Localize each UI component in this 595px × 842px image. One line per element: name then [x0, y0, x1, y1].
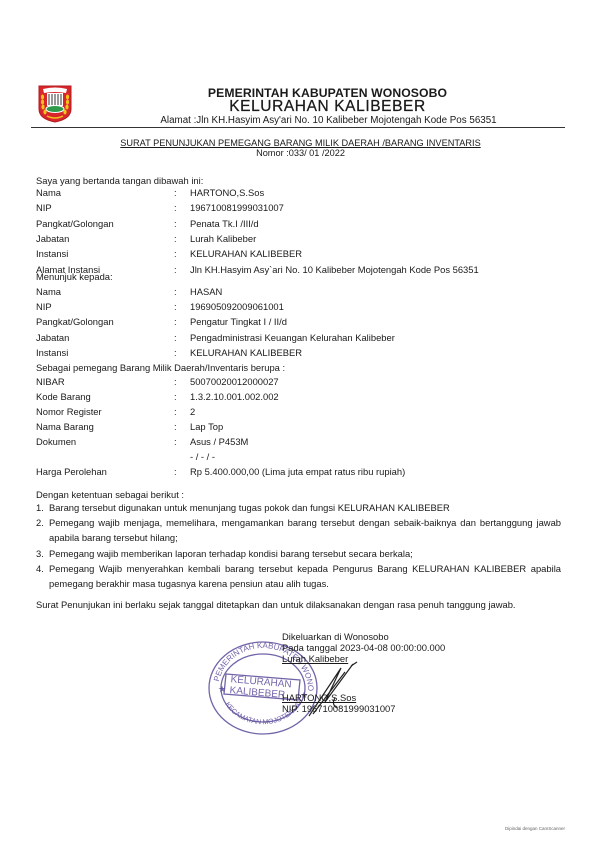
- field-label: Dokumen: [36, 436, 76, 447]
- asset-row: Nama Barang:Lap Top: [36, 421, 576, 433]
- asset-row: NIBAR:50070020012000027: [36, 376, 576, 388]
- field-separator: :: [174, 264, 177, 275]
- appointee-row: Jabatan:Pengadministrasi Keuangan Kelura…: [36, 332, 576, 344]
- field-separator: :: [174, 332, 177, 343]
- field-label: Pangkat/Golongan: [36, 316, 114, 327]
- field-label: NIP: [36, 301, 52, 312]
- field-value: - / - / -: [190, 451, 215, 462]
- field-separator: :: [174, 202, 177, 213]
- letterhead-office: KELURAHAN KALIBEBER: [0, 98, 595, 116]
- field-value: Lap Top: [190, 421, 223, 432]
- field-label: Pangkat/Golongan: [36, 218, 114, 229]
- term-text: Pemegang Wajib menyerahkan kembali baran…: [49, 563, 561, 589]
- letterhead-address: Alamat :Jln KH.Hasyim Asy'ari No. 10 Kal…: [0, 115, 595, 126]
- signer-name: HARTONO,S.Sos: [282, 692, 356, 704]
- field-value: Pengadministrasi Keuangan Kelurahan Kali…: [190, 332, 395, 343]
- signatory-row: Jabatan:Lurah Kalibeber: [36, 233, 576, 245]
- field-separator: :: [174, 248, 177, 259]
- signatory-row: NIP:196710081999031007: [36, 202, 576, 214]
- term-text: Pemegang wajib menjaga, memelihara, meng…: [49, 517, 561, 543]
- term-item: 2.Pemegang wajib menjaga, memelihara, me…: [36, 515, 561, 545]
- signer-nip: NIP. 196710081999031007: [282, 703, 395, 715]
- field-label: Nama: [36, 187, 61, 198]
- term-number: 4.: [36, 561, 44, 576]
- term-number: 1.: [36, 500, 44, 515]
- asset-row: Harga Perolehan:Rp 5.400.000,00 (Lima ju…: [36, 466, 576, 478]
- term-number: 2.: [36, 515, 44, 530]
- asset-row: Kode Barang:1.3.2.10.001.002.002: [36, 391, 576, 403]
- signatory-row: Alamat Instansi:Jln KH.Hasyim Asy`ari No…: [36, 264, 576, 276]
- appointee-intro: Menunjuk kepada:: [36, 271, 113, 282]
- field-separator: :: [174, 466, 177, 477]
- field-label: Instansi: [36, 347, 68, 358]
- term-number: 3.: [36, 546, 44, 561]
- field-value: 1.3.2.10.001.002.002: [190, 391, 279, 402]
- field-value: Pengatur Tingkat I / II/d: [190, 316, 287, 327]
- appointee-row: Pangkat/Golongan:Pengatur Tingkat I / II…: [36, 316, 576, 328]
- issued-place: Dikeluarkan di Wonosobo: [282, 631, 389, 643]
- field-separator: :: [174, 187, 177, 198]
- field-label: Nama Barang: [36, 421, 94, 432]
- field-separator: :: [174, 421, 177, 432]
- term-item: 3.Pemegang wajib memberikan laporan terh…: [36, 546, 561, 561]
- svg-text:★: ★: [218, 684, 226, 694]
- signatory-row: Instansi:KELURAHAN KALIBEBER: [36, 248, 576, 260]
- signer-position: Lurah Kalibeber: [282, 653, 348, 665]
- term-item: 4.Pemegang Wajib menyerahkan kembali bar…: [36, 561, 561, 591]
- field-separator: :: [174, 316, 177, 327]
- field-value: HARTONO,S.Sos: [190, 187, 264, 198]
- field-label: Harga Perolehan: [36, 466, 107, 477]
- field-value: HASAN: [190, 286, 222, 297]
- field-label: Nama: [36, 286, 61, 297]
- field-separator: :: [174, 376, 177, 387]
- issued-date: Pada tanggal 2023-04-08 00:00:00.000: [282, 642, 445, 654]
- field-separator: :: [174, 218, 177, 229]
- signatory-intro: Saya yang bertanda tangan dibawah ini:: [36, 175, 203, 186]
- field-value: Rp 5.400.000,00 (Lima juta empat ratus r…: [190, 466, 405, 477]
- field-separator: :: [174, 286, 177, 297]
- field-value: KELURAHAN KALIBEBER: [190, 248, 302, 259]
- closing-paragraph: Surat Penunjukan ini berlaku sejak tangg…: [36, 597, 561, 612]
- appointee-row: NIP:196905092009061001: [36, 301, 576, 313]
- letterhead-divider: [31, 127, 565, 128]
- field-separator: :: [174, 301, 177, 312]
- scanner-watermark: Dipindai dengan CamScanner: [505, 826, 565, 831]
- asset-row: Nomor Register:2: [36, 406, 576, 418]
- asset-row: Dokumen:Asus / P453M: [36, 436, 576, 448]
- field-label: NIP: [36, 202, 52, 213]
- appointee-row: Nama:HASAN: [36, 286, 576, 298]
- asset-intro: Sebagai pemegang Barang Milik Daerah/Inv…: [36, 362, 285, 373]
- field-label: Nomor Register: [36, 406, 102, 417]
- field-label: Kode Barang: [36, 391, 91, 402]
- field-separator: :: [174, 347, 177, 358]
- field-value: 196905092009061001: [190, 301, 284, 312]
- appointee-row: Instansi:KELURAHAN KALIBEBER: [36, 347, 576, 359]
- field-value: Jln KH.Hasyim Asy`ari No. 10 Kalibeber M…: [190, 264, 479, 275]
- field-label: Jabatan: [36, 233, 69, 244]
- field-value: 50070020012000027: [190, 376, 279, 387]
- field-value: Lurah Kalibeber: [190, 233, 256, 244]
- term-item: 1.Barang tersebut digunakan untuk menunj…: [36, 500, 561, 515]
- document-title: SURAT PENUNJUKAN PEMEGANG BARANG MILIK D…: [0, 138, 595, 148]
- field-separator: :: [174, 436, 177, 447]
- field-label: NIBAR: [36, 376, 65, 387]
- field-value: Asus / P453M: [190, 436, 248, 447]
- signatory-row: Nama:HARTONO,S.Sos: [36, 187, 576, 199]
- field-value: Penata Tk.I /III/d: [190, 218, 259, 229]
- term-text: Pemegang wajib memberikan laporan terhad…: [49, 548, 413, 559]
- document-number: Nomor :033/ 01 /2022: [0, 148, 595, 158]
- terms-intro: Dengan ketentuan sebagai berikut :: [36, 489, 184, 500]
- asset-row: - / - / -: [36, 451, 576, 463]
- term-text: Barang tersebut digunakan untuk menunjan…: [49, 502, 450, 513]
- field-separator: :: [174, 233, 177, 244]
- field-separator: :: [174, 391, 177, 402]
- field-value: 2: [190, 406, 195, 417]
- field-separator: :: [174, 406, 177, 417]
- signatory-row: Pangkat/Golongan:Penata Tk.I /III/d: [36, 218, 576, 230]
- field-label: Jabatan: [36, 332, 69, 343]
- field-label: Instansi: [36, 248, 68, 259]
- field-value: KELURAHAN KALIBEBER: [190, 347, 302, 358]
- terms-list: 1.Barang tersebut digunakan untuk menunj…: [36, 500, 561, 591]
- field-value: 196710081999031007: [190, 202, 284, 213]
